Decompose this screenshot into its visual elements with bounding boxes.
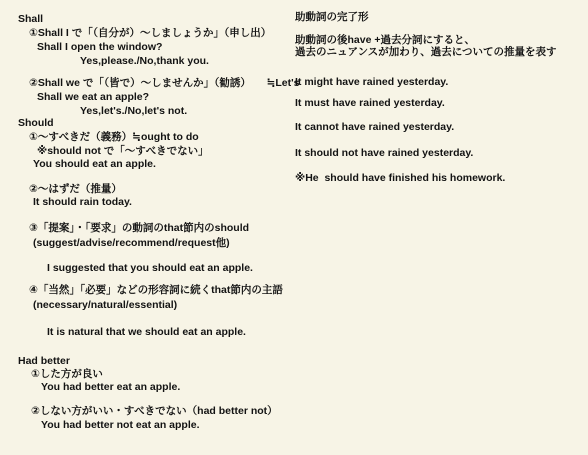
- shall-rule-1: ①Shall I で「（自分が）〜しましょうか」（申し出）: [29, 28, 271, 39]
- had-better-rule-2: ②しない方がいい・すべきでない（had better not）: [31, 406, 278, 417]
- shall-answer-2: Yes,let's./No,let's not.: [80, 106, 187, 117]
- should-rule-2: ②〜はずだ（推量）: [29, 184, 122, 195]
- had-better-example-1: You had better eat an apple.: [41, 382, 180, 393]
- note-page: Shall ①Shall I で「（自分が）〜しましょうか」（申し出） Shal…: [0, 0, 588, 455]
- should-example-1: You should eat an apple.: [33, 159, 156, 170]
- shall-example-2: Shall we eat an apple?: [37, 92, 149, 103]
- perfect-example-might: It might have rained yesterday.: [295, 77, 448, 88]
- perfect-form-description-2: 過去のニュアンスが加わり、過去についての推量を表す: [295, 47, 557, 58]
- should-rule-4: ④「当然」「必要」などの形容詞に続くthat節内の主語: [29, 285, 283, 296]
- should-rule-1-note: ※should not で「〜すべきでない」: [37, 146, 209, 157]
- shall-answer-1: Yes,please./No,thank you.: [80, 56, 209, 67]
- should-example-4: It is natural that we should eat an appl…: [47, 327, 246, 338]
- should-rule-4-adjectives: (necessary/natural/essential): [33, 300, 177, 311]
- should-rule-3-verbs: (suggest/advise/recommend/request他): [33, 238, 230, 249]
- had-better-example-2: You had better not eat an apple.: [41, 420, 200, 431]
- perfect-example-should-not: It should not have rained yesterday.: [295, 148, 473, 159]
- heading-shall: Shall: [18, 14, 43, 25]
- should-rule-3: ③「提案」・「要求」の動詞のthat節内のshould: [29, 223, 249, 234]
- heading-should: Should: [18, 118, 54, 129]
- shall-rule-2: ②Shall we で「（皆で）〜しませんか」（勧誘） ≒Let's: [29, 78, 299, 89]
- had-better-rule-1: ①した方が良い: [31, 369, 103, 380]
- should-example-2: It should rain today.: [33, 197, 132, 208]
- should-rule-1: ①〜すべきだ（義務）≒ought to do: [29, 132, 199, 143]
- perfect-example-cannot: It cannot have rained yesterday.: [295, 122, 454, 133]
- perfect-example-must: It must have rained yesterday.: [295, 98, 445, 109]
- perfect-form-description-1: 助動詞の後have +過去分詞にすると、: [295, 35, 475, 46]
- should-example-3: I suggested that you should eat an apple…: [47, 263, 253, 274]
- shall-example-1: Shall I open the window?: [37, 42, 162, 53]
- perfect-example-homework-note: ※He should have finished his homework.: [295, 173, 505, 184]
- heading-had-better: Had better: [18, 356, 70, 367]
- heading-perfect-form: 助動詞の完了形: [295, 12, 369, 23]
